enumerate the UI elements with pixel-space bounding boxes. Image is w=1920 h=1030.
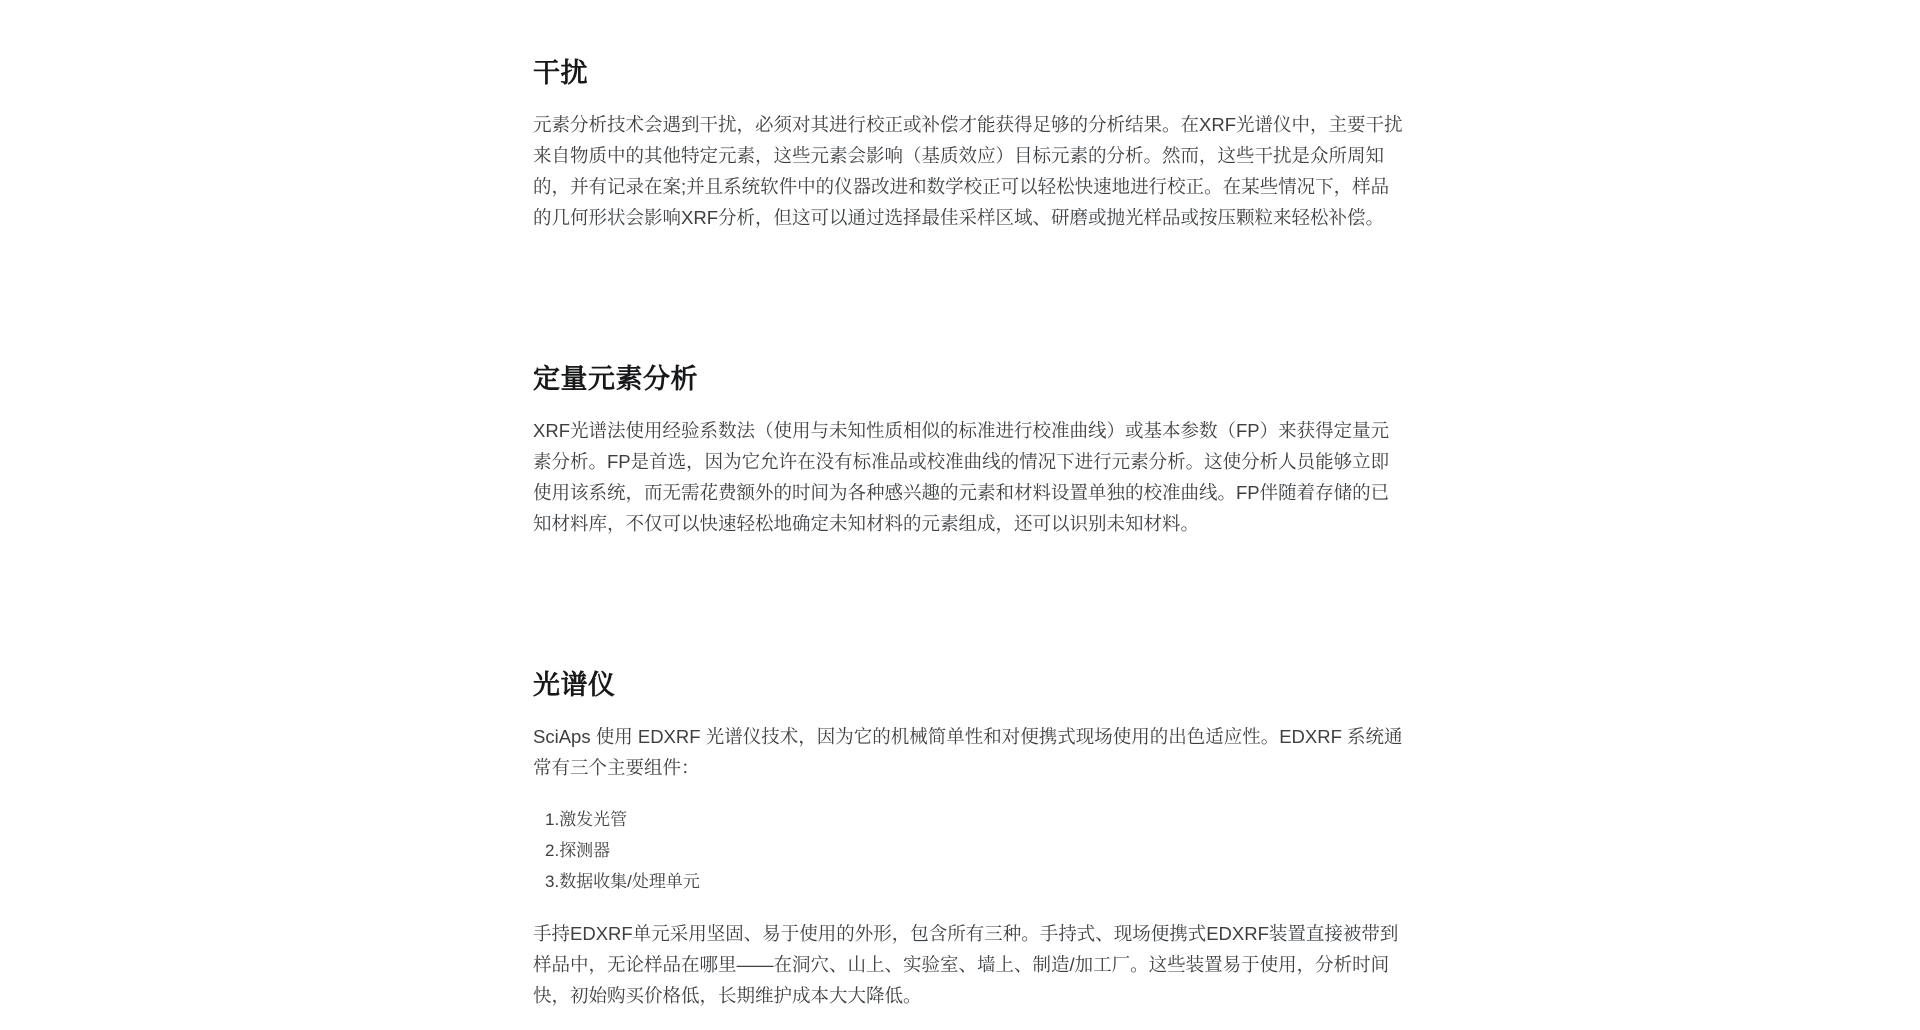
section-quantitative-analysis: 定量元素分析 XRF光谱法使用经验系数法（使用与未知性质相似的标准进行校准曲线）… — [533, 362, 1405, 539]
list-item-number: 3. — [545, 866, 559, 897]
section-heading-interference: 干扰 — [533, 56, 1405, 91]
section-spectrometer: 光谱仪 SciAps 使用 EDXRF 光谱仪技术，因为它的机械简单性和对便携式… — [533, 668, 1405, 1011]
section-paragraph: 手持EDXRF单元采用坚固、易于使用的外形，包含所有三种。手持式、现场便携式ED… — [533, 918, 1405, 1011]
article-page: 干扰 元素分析技术会遇到干扰，必须对其进行校正或补偿才能获得足够的分析结果。在X… — [0, 0, 1920, 1011]
list-item-number: 1. — [545, 804, 559, 835]
component-list: 1.激发光管 2.探测器 3.数据收集/处理单元 — [533, 804, 1405, 897]
article-content: 干扰 元素分析技术会遇到干扰，必须对其进行校正或补偿才能获得足够的分析结果。在X… — [533, 0, 1405, 1011]
section-paragraph: SciAps 使用 EDXRF 光谱仪技术，因为它的机械简单性和对便携式现场使用… — [533, 721, 1405, 783]
section-heading-spectrometer: 光谱仪 — [533, 668, 1405, 703]
list-item: 3.数据收集/处理单元 — [545, 866, 1405, 897]
list-item-label: 激发光管 — [559, 804, 627, 835]
section-paragraph: XRF光谱法使用经验系数法（使用与未知性质相似的标准进行校准曲线）或基本参数（F… — [533, 415, 1405, 539]
list-item-number: 2. — [545, 835, 559, 866]
section-interference: 干扰 元素分析技术会遇到干扰，必须对其进行校正或补偿才能获得足够的分析结果。在X… — [533, 56, 1405, 233]
list-item: 2.探测器 — [545, 835, 1405, 866]
list-item-label: 探测器 — [559, 835, 610, 866]
section-paragraph: 元素分析技术会遇到干扰，必须对其进行校正或补偿才能获得足够的分析结果。在XRF光… — [533, 109, 1405, 233]
section-heading-quantitative-analysis: 定量元素分析 — [533, 362, 1405, 397]
list-item-label: 数据收集/处理单元 — [559, 866, 700, 897]
list-item: 1.激发光管 — [545, 804, 1405, 835]
